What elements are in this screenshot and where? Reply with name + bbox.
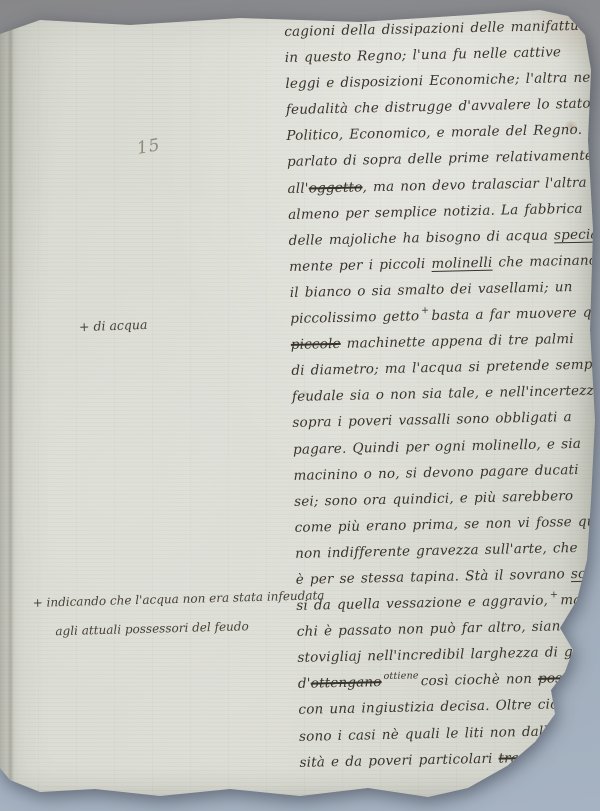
margin-note-acqua: + di acqua	[79, 317, 148, 334]
manuscript-line: d'ottenganoottienecosì ciochè non posson…	[298, 665, 600, 698]
margin-note-infeudata: + indicando che l'acqua non era stata in…	[32, 581, 325, 647]
manuscript-lines: cagioni della dissipazioni delle manifat…	[284, 12, 600, 775]
manuscript-page: 15 + di acqua + indicando che l'acqua no…	[0, 0, 600, 811]
left-binding-crease	[7, 24, 14, 785]
ink-stain	[576, 640, 592, 666]
paper-shadow: 15 + di acqua + indicando che l'acqua no…	[0, 0, 600, 811]
manuscript-line: con una ingiustizia decisa. Oltre ciò pe…	[298, 691, 600, 724]
manuscript-photo: 15 + di acqua + indicando che l'acqua no…	[0, 0, 600, 811]
pencil-page-number: 15	[135, 135, 162, 159]
